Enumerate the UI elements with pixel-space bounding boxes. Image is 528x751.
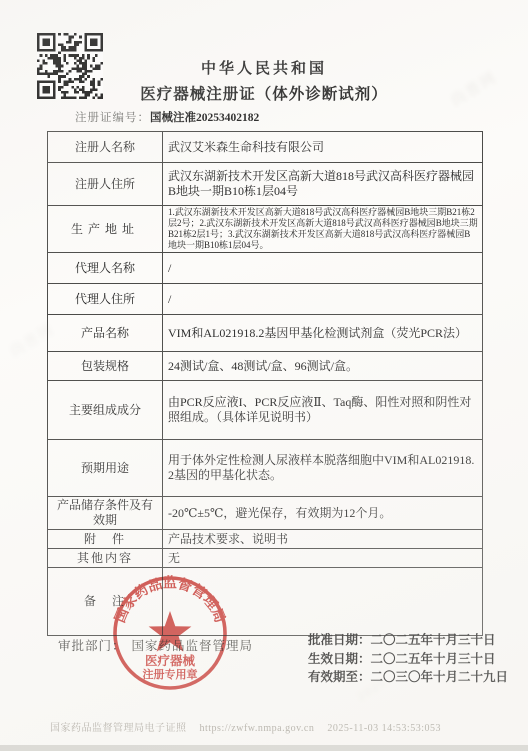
expiry-date-line: 有效期至：二〇三〇年十月二十九日 xyxy=(308,668,508,687)
effective-date-line: 生效日期：二〇二五年十月三十日 xyxy=(308,650,508,669)
row-label: 生产地址 xyxy=(48,206,163,252)
approval-date-line: 批准日期：二〇二五年十月三十日 xyxy=(308,631,508,650)
approval-date-value: 二〇二五年十月三十日 xyxy=(371,633,496,647)
row-label: 预期用途 xyxy=(48,440,163,496)
footer-url: https://zwfw.nmpa.gov.cn xyxy=(200,723,315,734)
table-row: 包装规格 24测试/盒、48测试/盒、96测试/盒。 xyxy=(48,351,482,380)
row-value: 由PCR反应液I、PCR反应液Ⅱ、Taq酶、阳性对照和阴性对照组成。（具体详见说… xyxy=(163,381,482,439)
stamp-line2: 注册专用章 xyxy=(143,667,198,681)
star-icon xyxy=(149,611,192,652)
scan-edge xyxy=(0,745,528,751)
effective-date-value: 二〇二五年十月三十日 xyxy=(371,652,496,666)
effective-date-label: 生效日期： xyxy=(308,652,371,666)
row-value: VIM和AL021918.2基因甲基化检测试剂盒（荧光PCR法） xyxy=(163,315,482,351)
table-row: 注册人住所 武汉东湖新技术开发区高新大道818号武汉高科医疗器械园B地块一期B1… xyxy=(48,162,482,205)
row-label: 注册人住所 xyxy=(48,163,163,205)
row-label: 其他内容 xyxy=(48,549,163,567)
footer-timestamp: 2025-11-03 14:53:53:053 xyxy=(327,723,441,734)
row-value: / xyxy=(163,253,482,283)
table-row: 代理人名称 / xyxy=(48,252,482,283)
document-header: 中华人民共和国 医疗器械注册证（体外诊断试剂） xyxy=(0,57,528,104)
certificate-number-line: 注册证编号：国械注准20253402182 xyxy=(75,109,259,125)
footer-issuer: 国家药品监督管理局电子证照 xyxy=(50,723,187,734)
expiry-date-value: 二〇三〇年十月二十九日 xyxy=(371,670,509,684)
table-row: 生产地址 1.武汉东湖新技术开发区高新大道818号武汉高科医疗器械园B地块三期B… xyxy=(48,205,482,252)
stamp-line1: 医疗器械 xyxy=(145,653,196,668)
table-row: 代理人住所 / xyxy=(48,283,482,314)
row-label: 包装规格 xyxy=(48,352,163,380)
table-row: 附 件 产品技术要求、说明书 xyxy=(48,529,482,548)
row-label: 代理人名称 xyxy=(48,253,163,283)
row-label: 附 件 xyxy=(48,530,163,548)
table-row: 其他内容 无 xyxy=(48,548,482,567)
row-value: 1.武汉东湖新技术开发区高新大道818号武汉高科医疗器械园B地块三期B21栋2层… xyxy=(163,206,482,252)
row-value: 用于体外定性检测人尿液样本脱落细胞中VIM和AL021918.2基因的甲基化状态… xyxy=(163,440,482,496)
certificate-number-label: 注册证编号： xyxy=(75,112,150,124)
table-row: 产品储存条件及有效期 -20℃±5℃，避光保存，有效期为12个月。 xyxy=(48,496,482,529)
table-row: 注册人名称 武汉艾米森生命科技有限公司 xyxy=(48,132,482,162)
row-value: 24测试/盒、48测试/盒、96测试/盒。 xyxy=(163,352,482,380)
certificate-title: 医疗器械注册证（体外诊断试剂） xyxy=(0,82,528,104)
table-row: 主要组成成分 由PCR反应液I、PCR反应液Ⅱ、Taq酶、阳性对照和阴性对照组成… xyxy=(48,380,482,439)
row-value: 武汉东湖新技术开发区高新大道818号武汉高科医疗器械园B地块一期B10栋1层04… xyxy=(163,163,482,205)
table-row: 产品名称 VIM和AL021918.2基因甲基化检测试剂盒（荧光PCR法） xyxy=(48,314,482,351)
official-red-stamp: 国家药品监督管理局 医疗器械 注册专用章 xyxy=(108,571,232,695)
date-block: 批准日期：二〇二五年十月三十日 生效日期：二〇二五年十月三十日 有效期至：二〇三… xyxy=(308,631,508,687)
certificate-page: 中华人民共和国 医疗器械注册证（体外诊断试剂） 注册证编号：国械注准202534… xyxy=(0,0,528,751)
table-row: 预期用途 用于体外定性检测人尿液样本脱落细胞中VIM和AL021918.2基因的… xyxy=(48,439,482,496)
row-value: -20℃±5℃，避光保存，有效期为12个月。 xyxy=(163,497,482,529)
row-value: 武汉艾米森生命科技有限公司 xyxy=(163,132,482,162)
row-label: 主要组成成分 xyxy=(48,381,163,439)
approval-date-label: 批准日期： xyxy=(308,633,371,647)
row-label: 注册人名称 xyxy=(48,132,163,162)
electronic-license-footer: 国家药品监督管理局电子证照 https://zwfw.nmpa.gov.cn 2… xyxy=(50,719,490,734)
row-value: / xyxy=(163,284,482,314)
expiry-date-label: 有效期至： xyxy=(308,670,371,684)
row-label: 产品名称 xyxy=(48,315,163,351)
row-value: 无 xyxy=(163,549,482,567)
row-label: 产品储存条件及有效期 xyxy=(48,497,163,529)
country-title: 中华人民共和国 xyxy=(0,57,528,78)
certificate-number-value: 国械注准20253402182 xyxy=(150,112,259,124)
certificate-table: 注册人名称 武汉艾米森生命科技有限公司 注册人住所 武汉东湖新技术开发区高新大道… xyxy=(47,131,483,636)
row-label: 代理人住所 xyxy=(48,284,163,314)
row-value: 产品技术要求、说明书 xyxy=(163,530,482,548)
